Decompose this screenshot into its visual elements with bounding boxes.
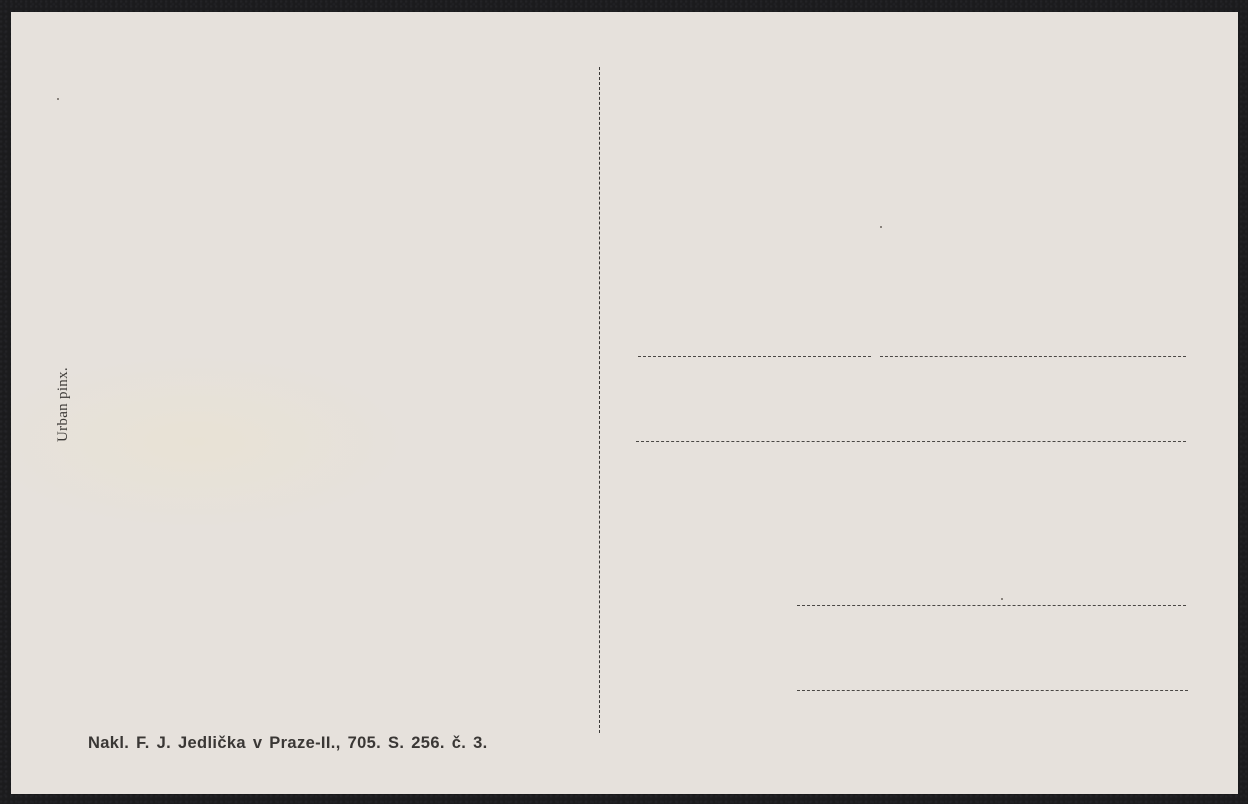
address-line-1-continued [880,356,1186,357]
postcard-back: Urban pinx. Nakl. F. J. Jedlička v Praze… [11,12,1238,794]
publisher-imprint: Nakl. F. J. Jedlička v Praze-II., 705. S… [88,734,488,753]
paper-speck [1001,598,1003,600]
address-line-3 [797,605,1186,606]
paper-speck [57,98,59,100]
message-address-divider [599,67,600,733]
paper-speck [880,226,882,228]
address-line-2 [636,441,1186,442]
address-line-4 [797,690,1188,691]
address-line-1 [638,356,871,357]
artist-credit: Urban pinx. [55,345,75,465]
